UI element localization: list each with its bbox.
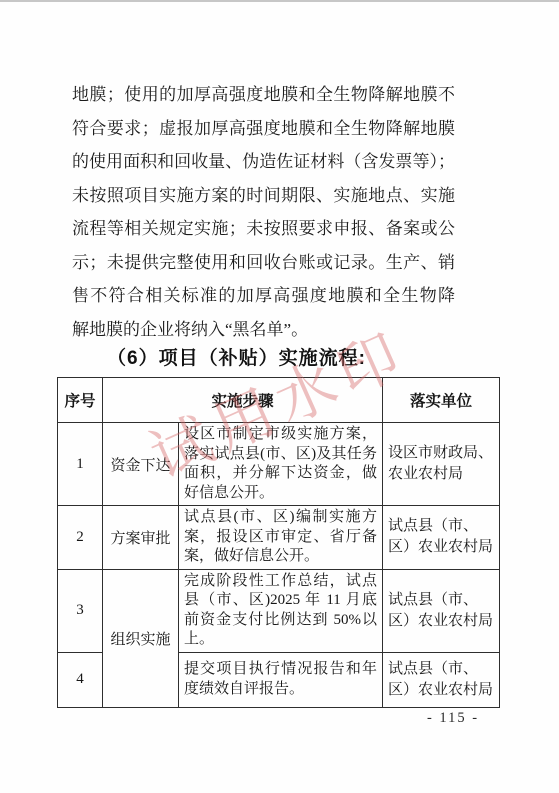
step-description: 完成阶段性工作总结，试点县（市、区)2025 年 11 月底前资金支付比例达到 … [179, 569, 383, 652]
header-cell-index: 序号 [58, 378, 103, 423]
paragraph-line: 示；未提供完整使用和回收台账或记录。生产、销 [72, 246, 455, 280]
table-row: 3 组织实施 完成阶段性工作总结，试点县（市、区)2025 年 11 月底前资金… [58, 569, 500, 652]
paragraph-line: 地膜；使用的加厚高强度地膜和全生物降解地膜不 [72, 78, 455, 112]
paragraph-line: 流程等相关规定实施；未按照要求申报、备案或公 [72, 212, 455, 246]
paragraph-line: 的使用面积和回收量、伪造佐证材料（含发票等）； [72, 145, 455, 179]
row-index: 3 [58, 569, 103, 652]
responsible-unit: 设区市财政局、农业农村局 [383, 423, 500, 506]
header-cell-unit: 落实单位 [383, 378, 500, 423]
body-paragraph: 地膜；使用的加厚高强度地膜和全生物降解地膜不 符合要求；虚报加厚高强度地膜和全生… [72, 78, 455, 346]
document-page: 地膜；使用的加厚高强度地膜和全生物降解地膜不 符合要求；虚报加厚高强度地膜和全生… [0, 0, 559, 793]
page-number: - 115 - [408, 710, 498, 727]
responsible-unit: 试点县（市、区）农业农村局 [383, 506, 500, 570]
table-row: 2 方案审批 试点县(市、区)编制实施方案，报设区市审定、省厅备案，做好信息公开… [58, 506, 500, 570]
step-description: 设区市制定市级实施方案，落实试点县(市、区)及其任务面积，并分解下达资金，做好信… [179, 423, 383, 506]
step-label-merged: 组织实施 [103, 569, 179, 707]
paragraph-line: 售不符合相关标准的加厚高强度地膜和全生物降 [72, 279, 455, 313]
step-label: 资金下达 [103, 423, 179, 506]
table-header-row: 序号 实施步骤 落实单位 [58, 378, 500, 423]
row-index: 4 [58, 652, 103, 707]
scan-edge-artifact [0, 0, 559, 2]
section-heading: （6）项目（补贴）实施流程: [107, 343, 366, 370]
step-label: 方案审批 [103, 506, 179, 570]
step-description: 提交项目执行情况报告和年度绩效自评报告。 [179, 652, 383, 707]
responsible-unit: 试点县（市、区）农业农村局 [383, 652, 500, 707]
header-cell-steps: 实施步骤 [103, 378, 383, 423]
implementation-flow-table: 序号 实施步骤 落实单位 1 资金下达 设区市制定市级实施方案，落实试点县(市、… [57, 377, 500, 708]
table-row: 1 资金下达 设区市制定市级实施方案，落实试点县(市、区)及其任务面积，并分解下… [58, 423, 500, 506]
paragraph-line: 未按照项目实施方案的时间期限、实施地点、实施 [72, 179, 455, 213]
row-index: 2 [58, 506, 103, 570]
paragraph-line: 符合要求；虚报加厚高强度地膜和全生物降解地膜 [72, 112, 455, 146]
paragraph-line: 解地膜的企业将纳入“黑名单”。 [72, 313, 455, 347]
responsible-unit: 试点县（市、区）农业农村局 [383, 569, 500, 652]
row-index: 1 [58, 423, 103, 506]
step-description: 试点县(市、区)编制实施方案，报设区市审定、省厅备案，做好信息公开。 [179, 506, 383, 570]
